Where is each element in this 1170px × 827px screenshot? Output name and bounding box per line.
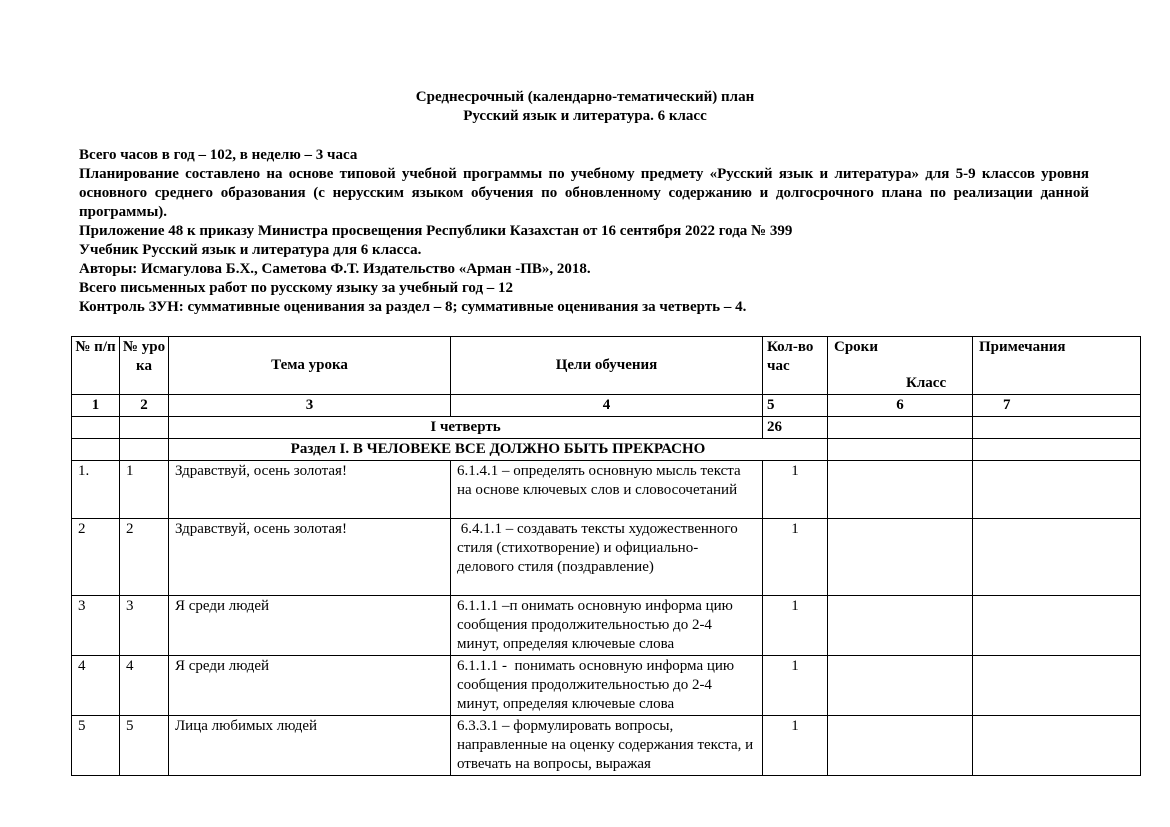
colnum-7: 7 xyxy=(973,395,1141,417)
meta-control: Контроль ЗУН: суммативные оценивания за … xyxy=(79,298,1089,317)
row-hours: 1 xyxy=(763,596,828,656)
empty-cell xyxy=(973,417,1141,439)
empty-cell xyxy=(973,439,1141,461)
row-num: 5 xyxy=(72,716,120,776)
row-lesson: 3 xyxy=(120,596,169,656)
header-dates: Сроки Класс xyxy=(828,337,973,395)
row-goal: 6.1.4.1 – определять основную мысль текс… xyxy=(451,461,763,519)
row-goal: 6.1.1.1 - понимать основную информа цию … xyxy=(451,656,763,716)
meta-authors: Авторы: Исмагулова Б.Х., Саметова Ф.Т. И… xyxy=(79,260,1089,279)
row-topic: Лица любимых людей xyxy=(169,716,451,776)
table-row: 2 2 Здравствуй, осень золотая! 6.4.1.1 –… xyxy=(72,519,1141,596)
column-number-row: 1 2 3 4 5 6 7 xyxy=(72,395,1141,417)
row-lesson: 2 xyxy=(120,519,169,596)
empty-cell xyxy=(120,439,169,461)
quarter-hours: 26 xyxy=(763,417,828,439)
colnum-4: 4 xyxy=(451,395,763,417)
row-notes xyxy=(973,656,1141,716)
section-label: Раздел I. В ЧЕЛОВЕКЕ ВСЕ ДОЛЖНО БЫТЬ ПРЕ… xyxy=(169,439,828,461)
header-num: № п/п xyxy=(72,337,120,395)
row-notes xyxy=(973,461,1141,519)
row-hours: 1 xyxy=(763,716,828,776)
table-row: 4 4 Я среди людей 6.1.1.1 - понимать осн… xyxy=(72,656,1141,716)
quarter-label: I четверть xyxy=(169,417,763,439)
row-hours: 1 xyxy=(763,519,828,596)
empty-cell xyxy=(72,439,120,461)
colnum-1: 1 xyxy=(72,395,120,417)
colnum-6: 6 xyxy=(828,395,973,417)
header-hours: Кол-во час xyxy=(763,337,828,395)
meta-written-works: Всего письменных работ по русскому языку… xyxy=(79,279,1089,298)
row-dates xyxy=(828,519,973,596)
table-row: 3 3 Я среди людей 6.1.1.1 –п онимать осн… xyxy=(72,596,1141,656)
row-topic: Здравствуй, осень золотая! xyxy=(169,461,451,519)
row-hours: 1 xyxy=(763,656,828,716)
empty-cell xyxy=(120,417,169,439)
row-notes xyxy=(973,716,1141,776)
header-dates-class: Класс xyxy=(906,374,946,393)
row-lesson: 1 xyxy=(120,461,169,519)
meta-textbook: Учебник Русский язык и литература для 6 … xyxy=(79,241,1089,260)
colnum-2: 2 xyxy=(120,395,169,417)
row-notes xyxy=(973,596,1141,656)
empty-cell xyxy=(828,439,973,461)
row-goal: 6.1.1.1 –п онимать основную информа цию … xyxy=(451,596,763,656)
quarter-row: I четверть 26 xyxy=(72,417,1141,439)
header-goals: Цели обучения xyxy=(451,337,763,395)
meta-planning: Планирование составлено на основе типово… xyxy=(79,165,1089,222)
document-meta: Всего часов в год – 102, в неделю – 3 ча… xyxy=(79,146,1089,317)
row-dates xyxy=(828,716,973,776)
section-row: Раздел I. В ЧЕЛОВЕКЕ ВСЕ ДОЛЖНО БЫТЬ ПРЕ… xyxy=(72,439,1141,461)
row-hours: 1 xyxy=(763,461,828,519)
table-row: 5 5 Лица любимых людей 6.3.3.1 – формули… xyxy=(72,716,1141,776)
table-row: 1. 1 Здравствуй, осень золотая! 6.1.4.1 … xyxy=(72,461,1141,519)
row-lesson: 4 xyxy=(120,656,169,716)
plan-table: № п/п № уро ка Тема урока Цели обучения … xyxy=(71,336,1141,776)
row-lesson: 5 xyxy=(120,716,169,776)
empty-cell xyxy=(72,417,120,439)
row-notes xyxy=(973,519,1141,596)
row-num: 1. xyxy=(72,461,120,519)
header-notes: Примечания xyxy=(973,337,1141,395)
row-dates xyxy=(828,656,973,716)
row-dates xyxy=(828,461,973,519)
row-goal: 6.4.1.1 – создавать тексты художественно… xyxy=(451,519,763,596)
meta-hours: Всего часов в год – 102, в неделю – 3 ча… xyxy=(79,146,1089,165)
header-topic: Тема урока xyxy=(169,337,451,395)
row-goal: 6.3.3.1 – формулировать вопросы, направл… xyxy=(451,716,763,776)
row-dates xyxy=(828,596,973,656)
document-subtitle: Русский язык и литература. 6 класс xyxy=(0,107,1170,126)
header-dates-label: Сроки xyxy=(834,338,966,357)
row-topic: Я среди людей xyxy=(169,596,451,656)
colnum-3: 3 xyxy=(169,395,451,417)
empty-cell xyxy=(828,417,973,439)
document-title: Среднесрочный (календарно-тематический) … xyxy=(0,88,1170,107)
header-lesson-num: № уро ка xyxy=(120,337,169,395)
row-num: 3 xyxy=(72,596,120,656)
colnum-5: 5 xyxy=(763,395,828,417)
row-topic: Я среди людей xyxy=(169,656,451,716)
row-num: 2 xyxy=(72,519,120,596)
row-num: 4 xyxy=(72,656,120,716)
header-row: № п/п № уро ка Тема урока Цели обучения … xyxy=(72,337,1141,395)
meta-appendix: Приложение 48 к приказу Министра просвещ… xyxy=(79,222,1089,241)
row-topic: Здравствуй, осень золотая! xyxy=(169,519,451,596)
